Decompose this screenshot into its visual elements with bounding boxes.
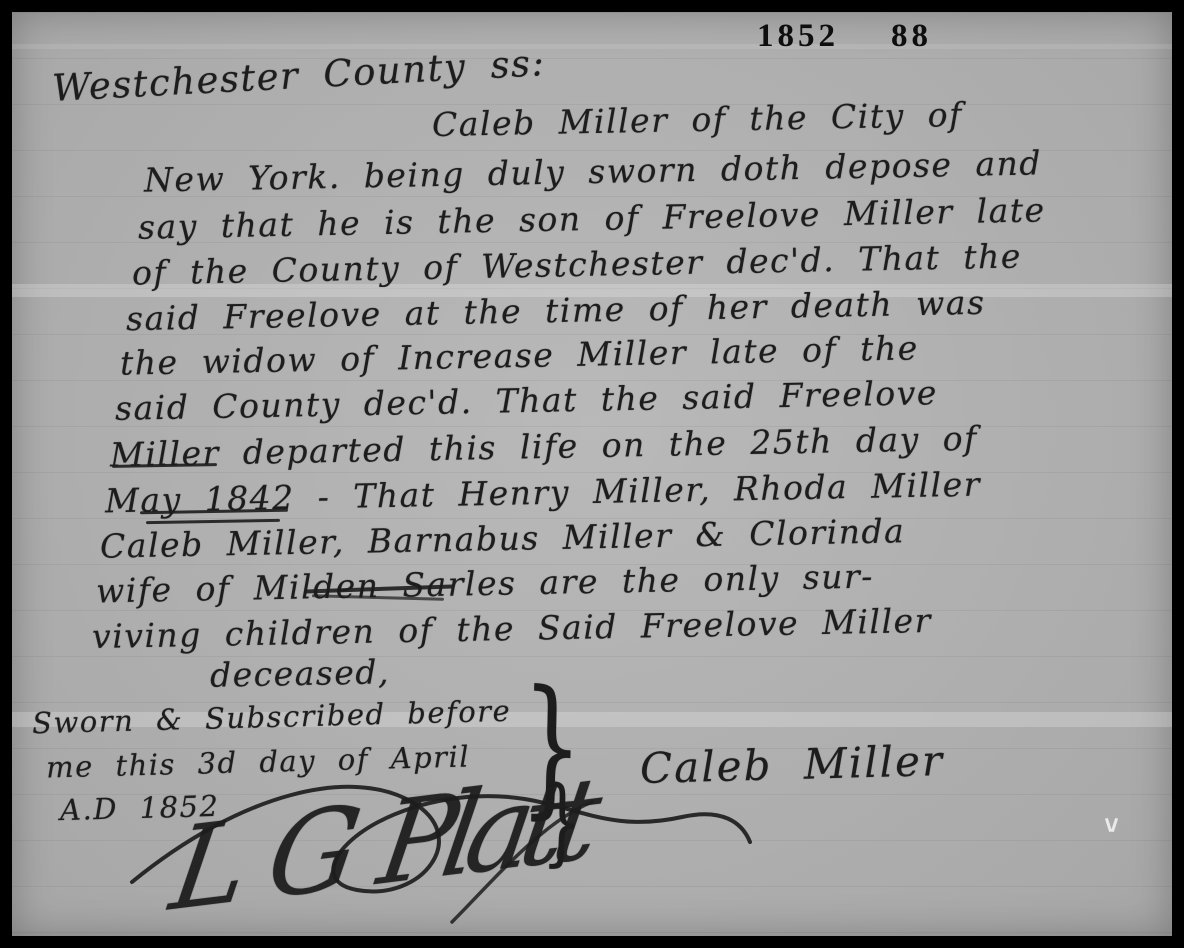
stamp-page-number: 88 — [891, 18, 932, 54]
stamp-year: 1852 — [757, 18, 839, 54]
body-line-2: New York. being duly sworn doth depose a… — [144, 143, 1043, 199]
body-line-1: Caleb Miller of the City of — [432, 95, 963, 144]
body-line-7: said County dec'd. That the said Freelov… — [115, 373, 939, 428]
deponent-signature: Caleb Miller — [639, 736, 944, 793]
body-line-6: the widow of Increase Miller late of the — [120, 328, 919, 382]
record-stamp: 185288 — [757, 18, 932, 55]
body-line-8: Miller departed this life on the 25th da… — [110, 419, 978, 475]
body-line-13: deceased, — [210, 652, 391, 694]
body-line-11: wife of Milden Sarles are the only sur- — [96, 557, 874, 611]
officer-signature: L G Platt — [163, 753, 598, 936]
attestation-line-1: Sworn & Subscribed before — [32, 694, 512, 741]
body-line-12: viving children of the Said Freelove Mil… — [92, 601, 933, 656]
scan-light-band — [12, 44, 1172, 49]
scan-artifact — [1111, 818, 1118, 832]
county-heading: Westchester County ss: — [51, 41, 546, 110]
scan-artifact — [1105, 818, 1112, 832]
document-scan: 185288 Westchester County ss: Caleb Mill… — [12, 12, 1172, 936]
